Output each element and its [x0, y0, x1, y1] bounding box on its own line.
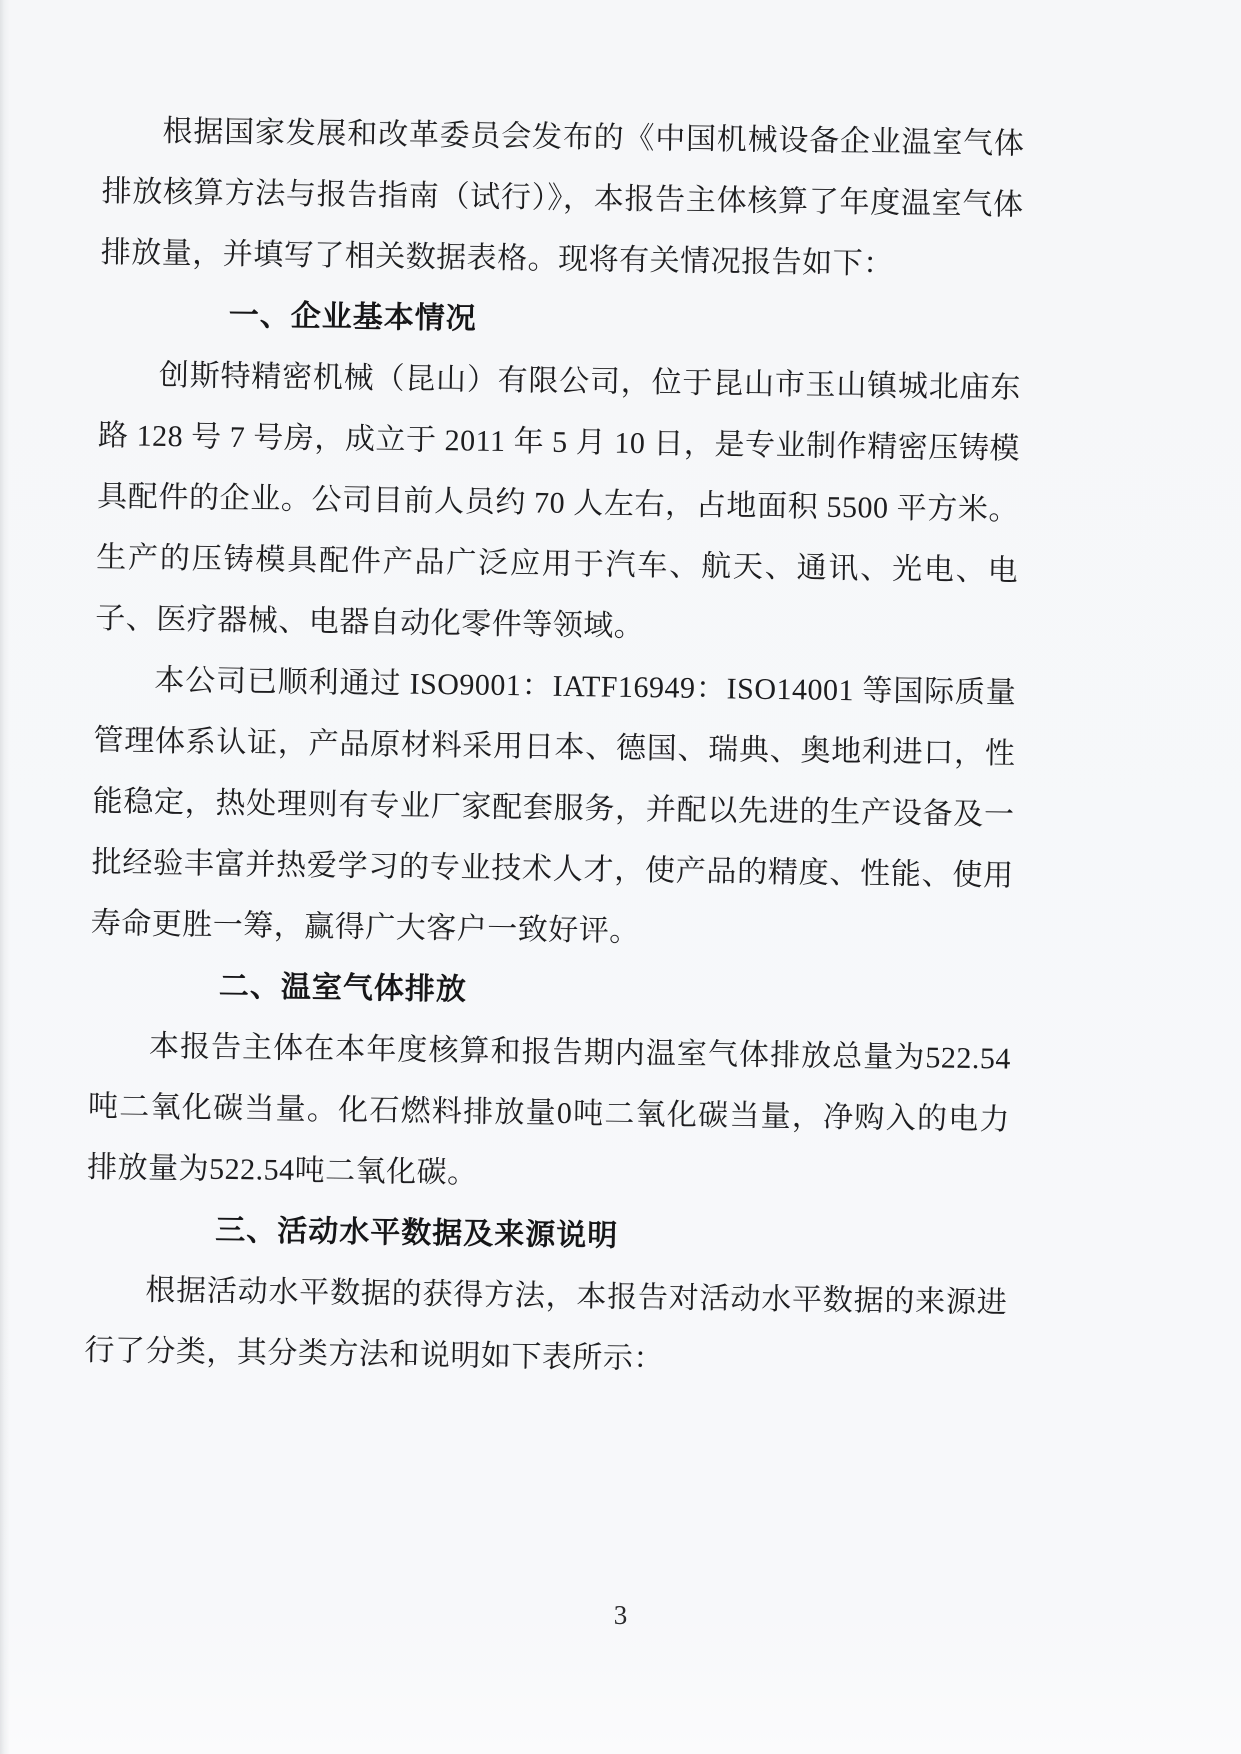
scanned-document-page: 根据国家发展和改革委员会发布的《中国机械设备企业温室气体排放核算方法与报告指南（… — [0, 0, 1241, 1754]
company-quality-paragraph: 本公司已顺利通过 ISO9001：IATF16949：ISO14001 等国际质… — [90, 649, 1016, 968]
emissions-total-paragraph: 本报告主体在本年度核算和报告期内温室气体排放总量为522.54吨二氧化碳当量。化… — [87, 1015, 1012, 1212]
intro-paragraph: 根据国家发展和改革委员会发布的《中国机械设备企业温室气体排放核算方法与报告指南（… — [100, 100, 1025, 297]
activity-data-paragraph: 根据活动水平数据的获得方法，本报告对活动水平数据的来源进行了分类，其分类方法和说… — [84, 1259, 1008, 1395]
company-profile-paragraph: 创斯特精密机械（昆山）有限公司，位于昆山市玉山镇城北庙东路 128 号 7 号房… — [95, 344, 1021, 663]
page-number: 3 — [0, 1595, 1241, 1635]
scanner-edge-shadow — [0, 0, 10, 1754]
document-body: 根据国家发展和改革委员会发布的《中国机械设备企业温室气体排放核算方法与报告指南（… — [84, 100, 1025, 1395]
